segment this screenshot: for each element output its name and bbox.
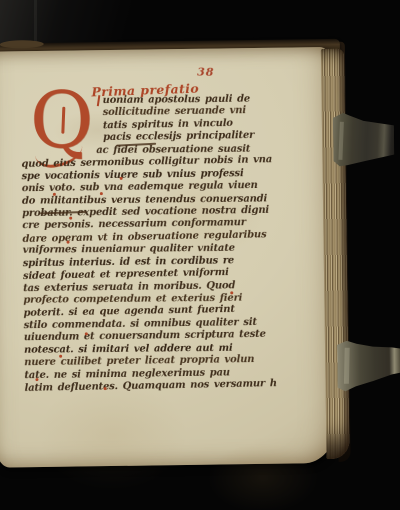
book: 38 Prima prefatio Q uoniam apostolus pau…	[0, 0, 400, 510]
red-paragraph-mark	[69, 217, 72, 220]
red-paragraph-mark	[104, 387, 107, 390]
red-paragraph-mark	[230, 291, 233, 294]
red-paragraph-mark	[53, 193, 56, 196]
red-paragraph-mark	[85, 332, 88, 335]
clasp-highlight	[344, 348, 350, 384]
text-line: vniformes inueniamur qualiter vnitate	[23, 243, 261, 258]
text-block: uoniam apostolus pauli de sollicitudine …	[21, 93, 263, 395]
text-line: uoniam apostolus pauli de	[21, 93, 259, 108]
parchment-stain	[36, 379, 188, 491]
red-paragraph-mark	[59, 355, 62, 358]
red-paragraph-mark	[35, 378, 38, 381]
manuscript-photo: 38 Prima prefatio Q uoniam apostolus pau…	[0, 0, 400, 510]
parchment-stain	[207, 442, 318, 510]
text-line: do militantibus verus tenendus conuersan…	[22, 193, 260, 208]
red-paragraph-mark	[120, 177, 123, 180]
folio-number: 38	[197, 66, 215, 79]
red-paragraph-mark	[67, 241, 70, 244]
red-paragraph-mark	[100, 192, 103, 195]
